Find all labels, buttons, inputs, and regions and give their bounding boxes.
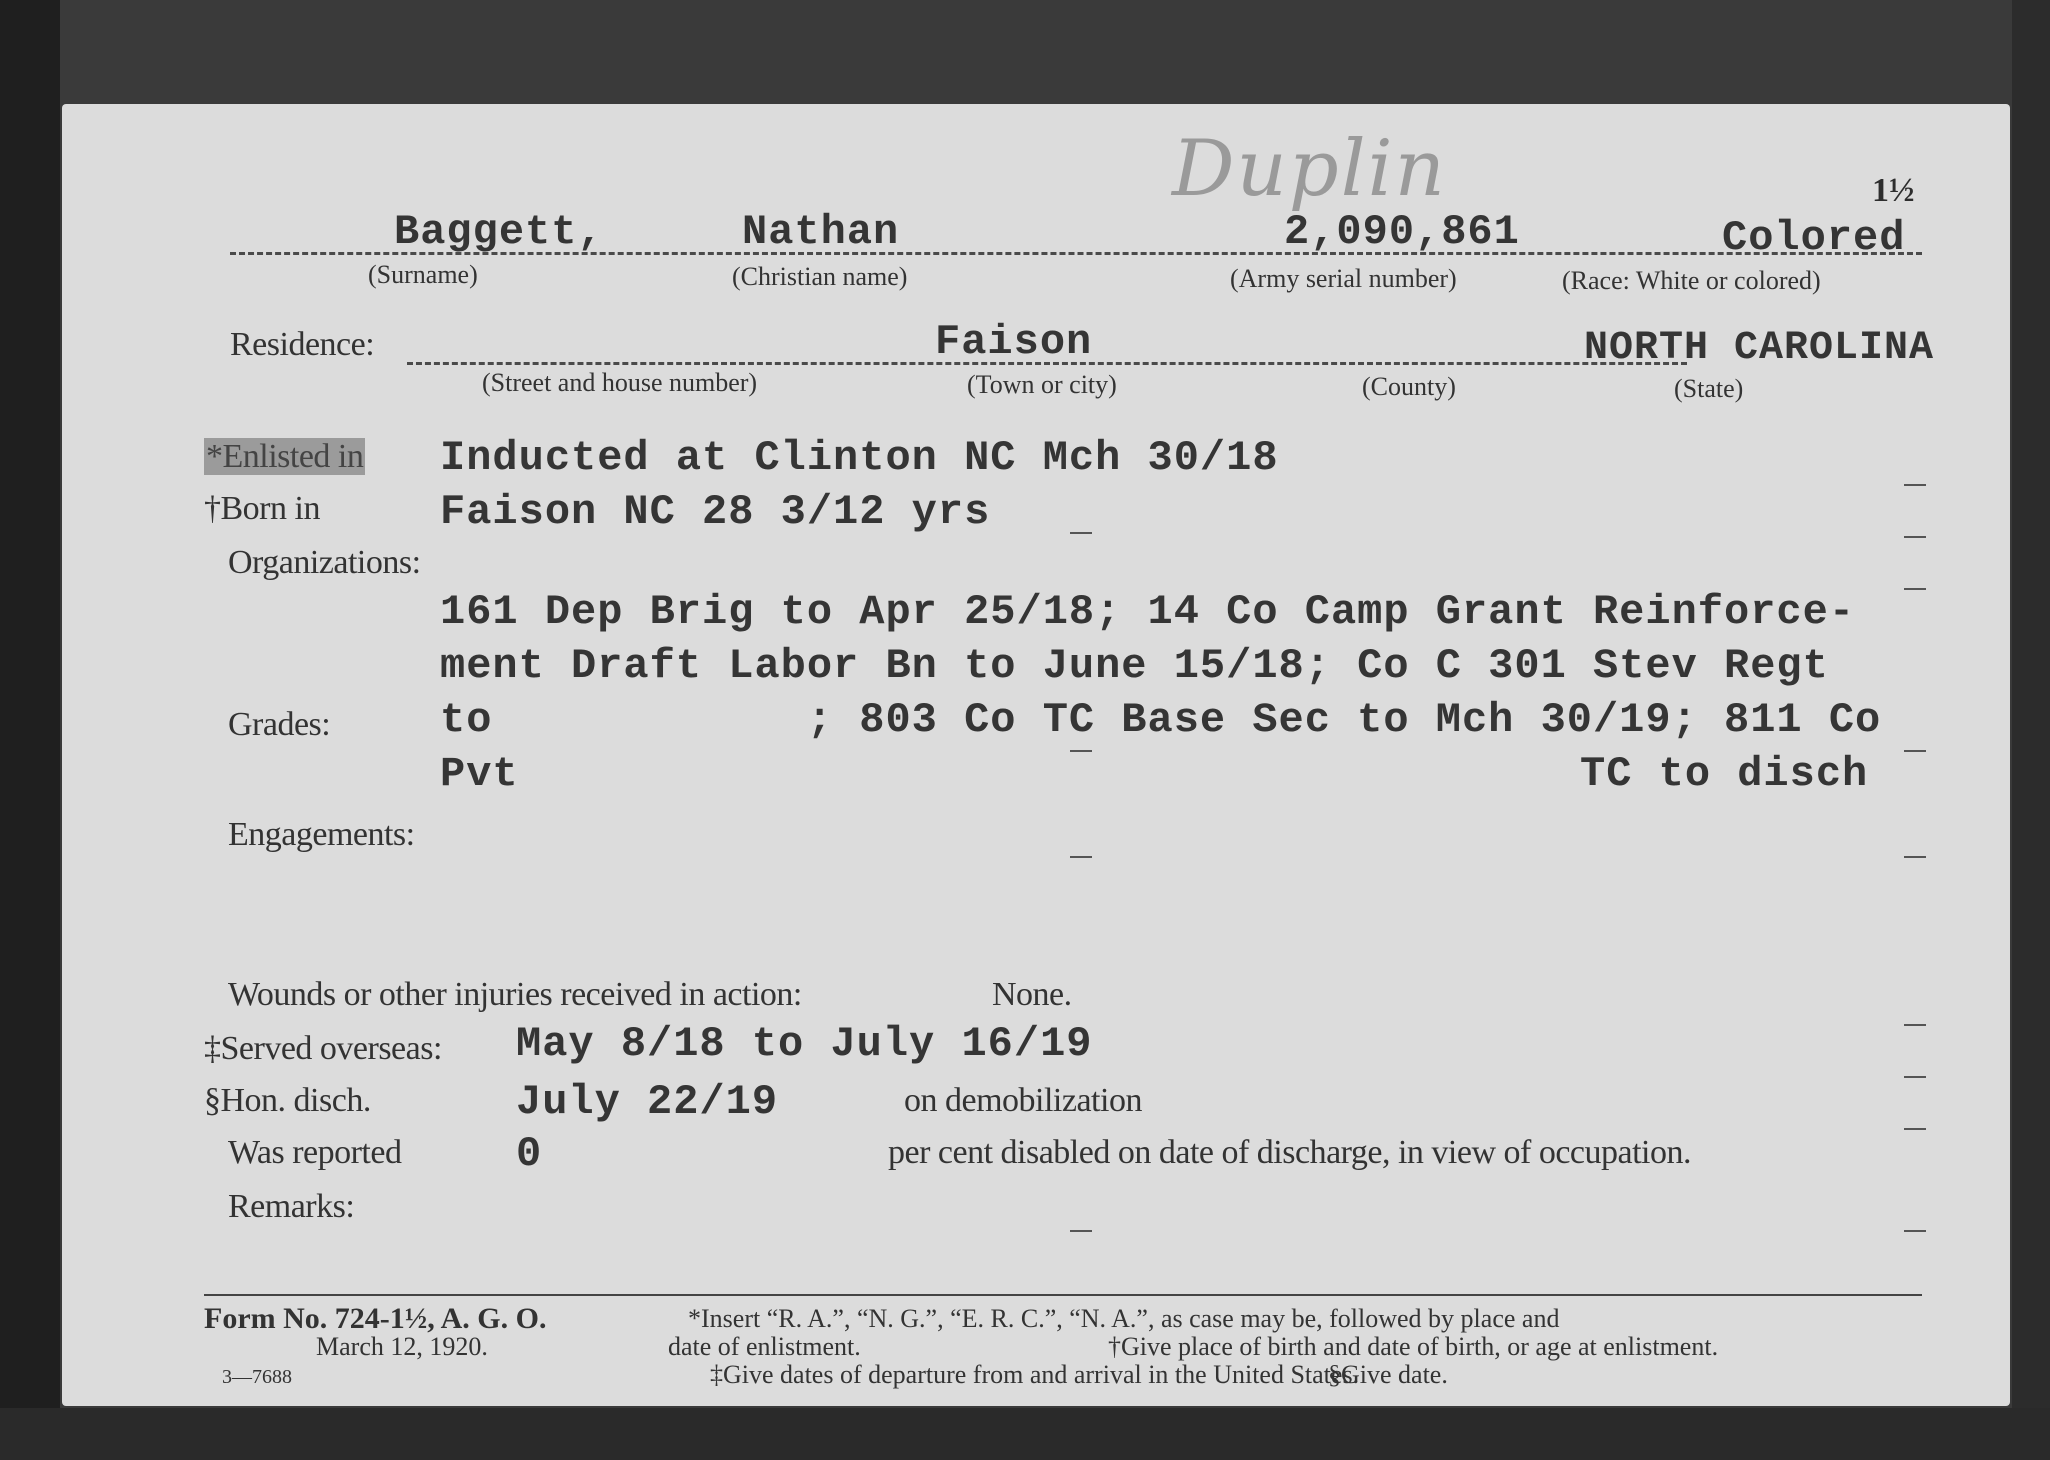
county-handwritten: Duplin bbox=[1172, 124, 1447, 214]
margin-dash bbox=[1070, 750, 1092, 752]
enlisted-label-struck: *Enlisted in bbox=[204, 438, 365, 475]
margin-dash bbox=[1904, 1076, 1926, 1078]
residence-state-value: NORTH CAROLINA bbox=[1584, 326, 1934, 371]
race-label: (Race: White or colored) bbox=[1562, 266, 1821, 296]
footer-rule bbox=[204, 1294, 1922, 1296]
scan-background-bottom bbox=[0, 1408, 2050, 1460]
organizations-line-1: 161 Dep Brig to Apr 25/18; 14 Co Camp Gr… bbox=[440, 588, 1855, 636]
margin-dash bbox=[1070, 856, 1092, 858]
per-cent-disabled-text: per cent disabled on date of discharge, … bbox=[888, 1134, 1691, 1172]
organizations-line-4: TC to disch bbox=[1580, 750, 1868, 798]
note-insert-line-1: *Insert “R. A.”, “N. G.”, “E. R. C.”, “N… bbox=[688, 1304, 1559, 1334]
margin-dash bbox=[1904, 588, 1926, 590]
surname-value: Baggett, bbox=[394, 208, 604, 256]
margin-dash bbox=[1904, 856, 1926, 858]
note-overseas: ‡Give dates of departure from and arriva… bbox=[710, 1360, 1359, 1390]
scan-background-left bbox=[0, 0, 60, 1460]
organizations-line-3: to ; 803 Co TC Base Sec to Mch 30/19; 81… bbox=[440, 696, 1881, 744]
state-label: (State) bbox=[1674, 374, 1743, 404]
enlisted-value: Inducted at Clinton NC Mch 30/18 bbox=[440, 434, 1279, 482]
margin-dash bbox=[1070, 532, 1092, 534]
grades-label: Grades: bbox=[228, 706, 330, 744]
born-label: †Born in bbox=[204, 490, 320, 528]
served-overseas-label: ‡Served overseas: bbox=[204, 1030, 442, 1068]
served-overseas-value: May 8/18 to July 16/19 bbox=[516, 1020, 1093, 1068]
born-value: Faison NC 28 3/12 yrs bbox=[440, 488, 990, 536]
form-code: 3—7688 bbox=[222, 1366, 292, 1389]
army-serial-value: 2,090,861 bbox=[1284, 208, 1520, 256]
street-label: (Street and house number) bbox=[482, 368, 757, 398]
margin-dash bbox=[1904, 750, 1926, 752]
organizations-label: Organizations: bbox=[228, 544, 421, 582]
margin-dash bbox=[1904, 1024, 1926, 1026]
county-label: (County) bbox=[1362, 372, 1456, 402]
form-fraction: 1½ bbox=[1872, 172, 1915, 210]
christian-name-label: (Christian name) bbox=[732, 262, 907, 292]
was-reported-value: 0 bbox=[516, 1130, 542, 1178]
surname-label: (Surname) bbox=[368, 260, 478, 290]
race-value: Colored bbox=[1722, 214, 1905, 262]
note-insert-line-2: date of enlistment. bbox=[668, 1332, 861, 1362]
engagements-label: Engagements: bbox=[228, 816, 415, 854]
form-number: Form No. 724-1½, A. G. O. bbox=[204, 1302, 546, 1336]
margin-dash bbox=[1904, 1230, 1926, 1232]
note-give-date: §Give date. bbox=[1328, 1360, 1448, 1390]
christian-name-value: Nathan bbox=[742, 208, 899, 256]
residence-label: Residence: bbox=[230, 326, 374, 364]
margin-dash bbox=[1904, 484, 1926, 486]
organizations-line-2: ment Draft Labor Bn to June 15/18; Co C … bbox=[440, 642, 1829, 690]
grades-value: Pvt bbox=[440, 750, 519, 798]
hon-disch-label: §Hon. disch. bbox=[204, 1082, 371, 1120]
margin-dash bbox=[1904, 1128, 1926, 1130]
on-demobilization-text: on demobilization bbox=[904, 1082, 1142, 1120]
enlisted-label: *Enlisted in bbox=[204, 438, 365, 476]
was-reported-label: Was reported bbox=[228, 1134, 401, 1172]
residence-town-value: Faison bbox=[935, 318, 1092, 366]
margin-dash bbox=[1070, 1230, 1092, 1232]
army-serial-label: (Army serial number) bbox=[1230, 264, 1457, 294]
form-date: March 12, 1920. bbox=[316, 1332, 488, 1362]
wounds-label: Wounds or other injuries received in act… bbox=[228, 976, 802, 1014]
hon-disch-value: July 22/19 bbox=[516, 1078, 778, 1126]
wounds-value: None. bbox=[992, 976, 1072, 1014]
note-birth: †Give place of birth and date of birth, … bbox=[1108, 1332, 1718, 1362]
margin-dash bbox=[1904, 536, 1926, 538]
remarks-label: Remarks: bbox=[228, 1188, 354, 1226]
scan-background-right bbox=[2012, 0, 2050, 1460]
service-record-card: Duplin 1½ Baggett, Nathan 2,090,861 Colo… bbox=[62, 104, 2010, 1406]
town-label: (Town or city) bbox=[967, 370, 1117, 400]
